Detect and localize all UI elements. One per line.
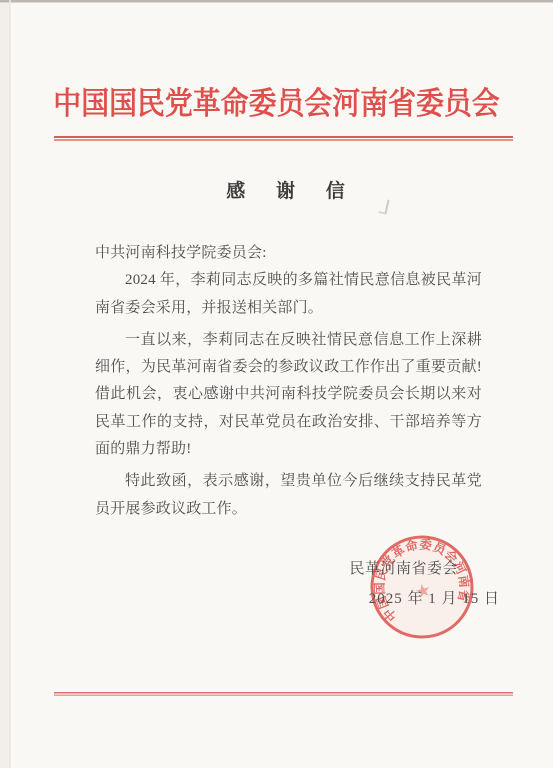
letterhead-rule bbox=[54, 136, 513, 141]
signature-date: 2025 年 1 月 15 日 bbox=[0, 587, 500, 608]
scan-smudge-mark bbox=[379, 198, 390, 214]
paragraph-1: 2024 年，李莉同志反映的多篇社情民意信息被民革河南省委会采用，并报送相关部门… bbox=[95, 267, 482, 322]
scan-margin-strip bbox=[0, 0, 9, 768]
footer-rule bbox=[54, 692, 513, 696]
letter-body: 中共河南科技学院委员会: 2024 年，李莉同志反映的多篇社情民意信息被民革河南… bbox=[95, 240, 482, 528]
salutation: 中共河南科技学院委员会: bbox=[95, 240, 482, 267]
letterhead-title: 中国国民党革命委员会河南省委员会 bbox=[28, 84, 526, 124]
paragraph-2: 一直以来，李莉同志在反映社情民意信息工作上深耕细作，为民革河南省委会的参政议政工… bbox=[95, 327, 482, 463]
scan-edge-top bbox=[0, 0, 553, 3]
scan-edge-left bbox=[9, 0, 11, 768]
signature-organization: 民革河南省委会 bbox=[0, 557, 458, 578]
letter-page: 中国国民党革命委员会河南省委员会 感 谢 信 中共河南科技学院委员会: 2024… bbox=[0, 0, 553, 768]
paragraph-3: 特此致函，表示感谢，望贵单位今后继续支持民革党员开展参政议政工作。 bbox=[95, 468, 482, 523]
document-title: 感 谢 信 bbox=[9, 176, 553, 203]
